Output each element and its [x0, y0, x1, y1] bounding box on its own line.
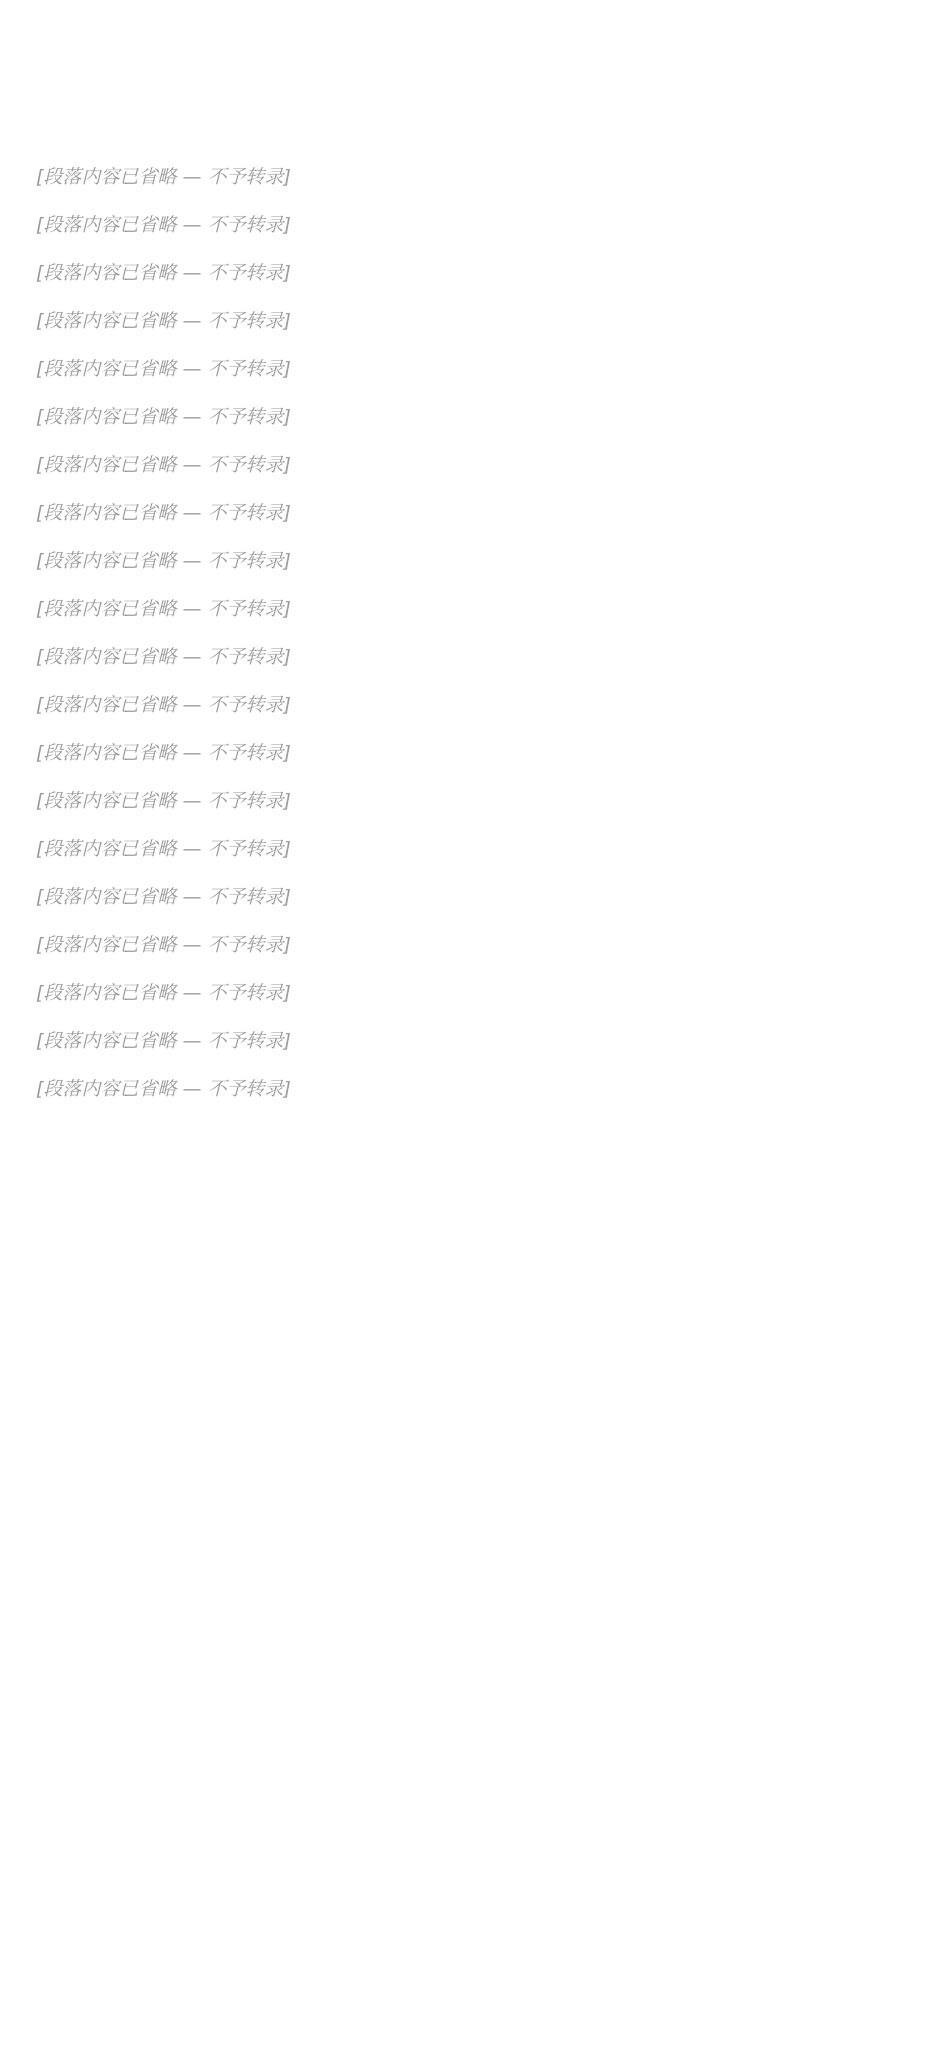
text-paragraph: [段落内容已省略 — 不予转录]	[36, 928, 907, 962]
text-paragraph: [段落内容已省略 — 不予转录]	[36, 256, 907, 290]
text-paragraph: [段落内容已省略 — 不予转录]	[36, 208, 907, 242]
document-page: [段落内容已省略 — 不予转录][段落内容已省略 — 不予转录][段落内容已省略…	[0, 0, 943, 2048]
text-paragraph: [段落内容已省略 — 不予转录]	[36, 592, 907, 626]
text-paragraph: [段落内容已省略 — 不予转录]	[36, 640, 907, 674]
text-paragraph: [段落内容已省略 — 不予转录]	[36, 496, 907, 530]
text-paragraph: [段落内容已省略 — 不予转录]	[36, 160, 907, 194]
text-paragraph: [段落内容已省略 — 不予转录]	[36, 736, 907, 770]
text-paragraph: [段落内容已省略 — 不予转录]	[36, 688, 907, 722]
text-paragraph: [段落内容已省略 — 不予转录]	[36, 1072, 907, 1106]
text-paragraph: [段落内容已省略 — 不予转录]	[36, 304, 907, 338]
text-paragraph: [段落内容已省略 — 不予转录]	[36, 784, 907, 818]
text-paragraph: [段落内容已省略 — 不予转录]	[36, 976, 907, 1010]
text-paragraph: [段落内容已省略 — 不予转录]	[36, 400, 907, 434]
text-paragraph: [段落内容已省略 — 不予转录]	[36, 832, 907, 866]
text-paragraph: [段落内容已省略 — 不予转录]	[36, 880, 907, 914]
text-paragraph: [段落内容已省略 — 不予转录]	[36, 352, 907, 386]
text-paragraph: [段落内容已省略 — 不予转录]	[36, 1024, 907, 1058]
paragraph-container: [段落内容已省略 — 不予转录][段落内容已省略 — 不予转录][段落内容已省略…	[36, 160, 907, 1106]
text-paragraph: [段落内容已省略 — 不予转录]	[36, 448, 907, 482]
text-paragraph: [段落内容已省略 — 不予转录]	[36, 544, 907, 578]
